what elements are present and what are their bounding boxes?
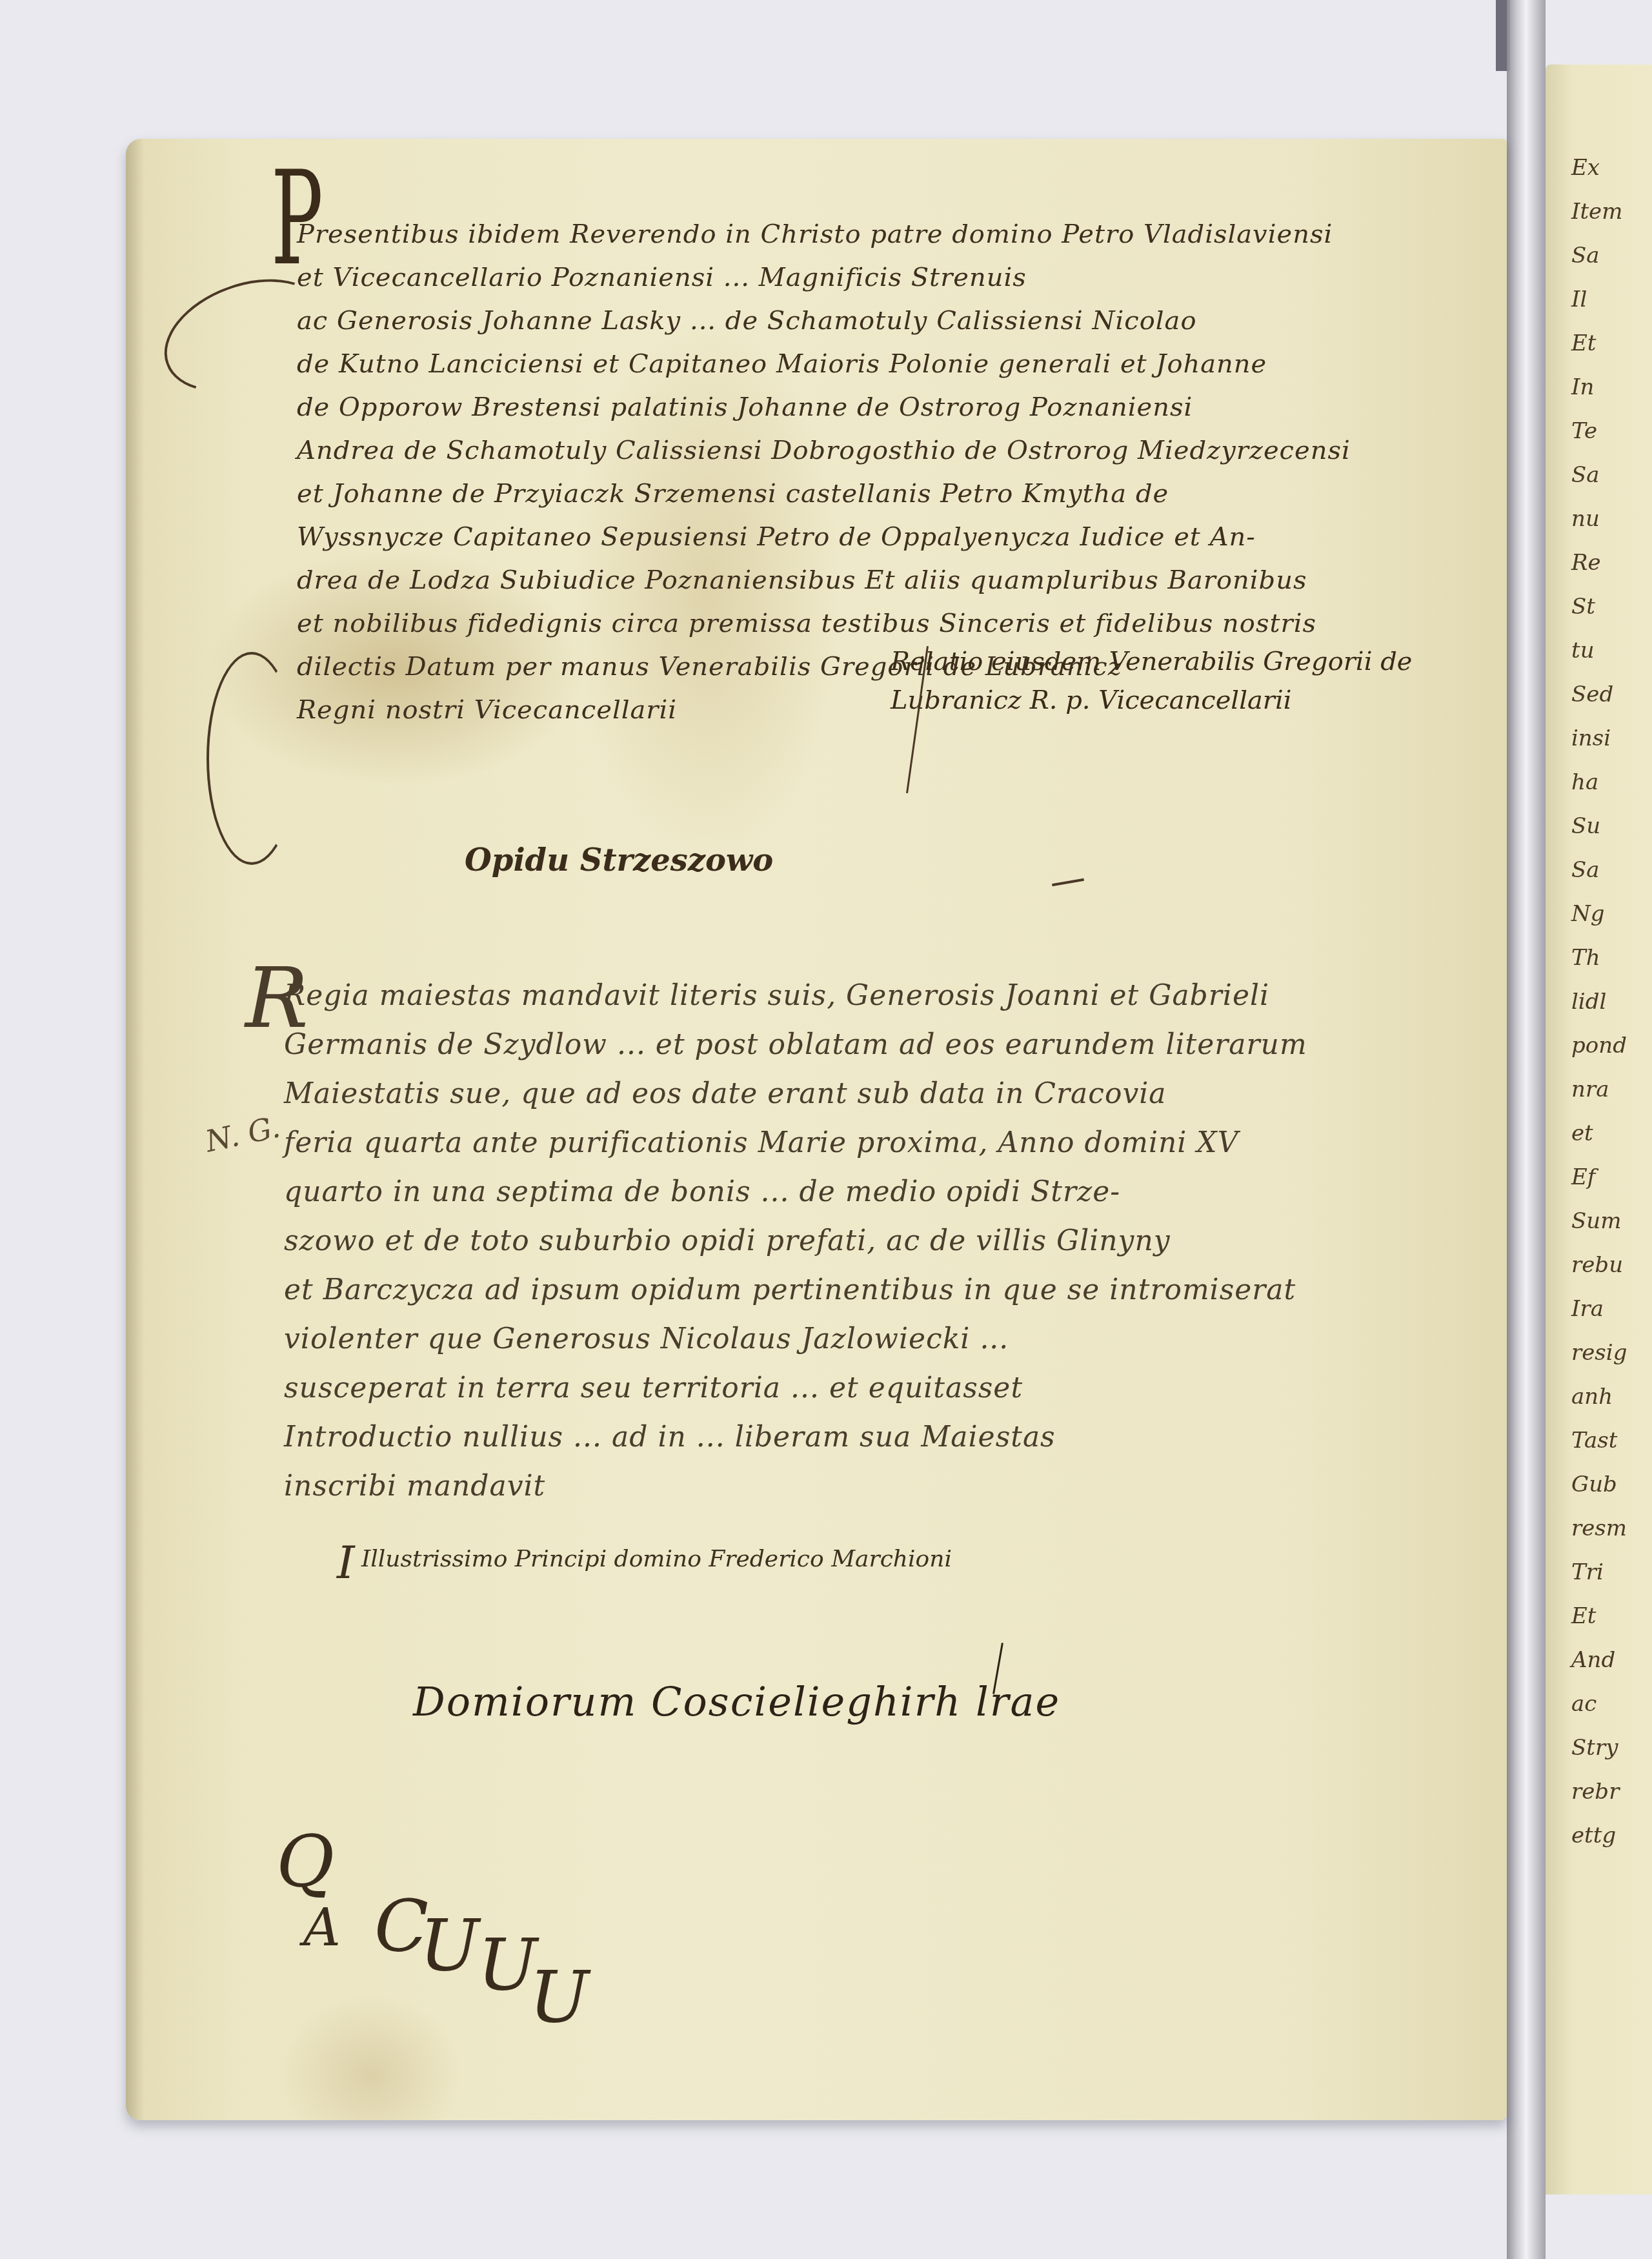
second-entry-line: szowo et de toto suburbio opidi prefati,… (284, 1217, 1307, 1266)
facing-folio-line-fragment: lidl (1571, 989, 1606, 1015)
address-initial: I (337, 1536, 355, 1589)
facing-folio-line-fragment: tu (1571, 638, 1595, 664)
facing-folio-line-fragment: Su (1571, 813, 1600, 839)
facing-folio-line-fragment: Item (1571, 199, 1622, 225)
second-entry-line: Germanis de Szydlow ... et post oblatam … (284, 1020, 1307, 1069)
second-entry-line: Regia maiestas mandavit literis suis, Ge… (284, 971, 1307, 1020)
chancery-subscription: Relatio eiusdem Venerabilis Gregorii de … (891, 642, 1412, 720)
facing-folio-line-fragment: Gub (1571, 1472, 1617, 1497)
main-entry-line: ac Generosis Johanne Lasky ... de Schamo… (297, 299, 1351, 343)
facing-folio-line-fragment: resig (1571, 1340, 1627, 1366)
pen-trial-letter: A (303, 1898, 341, 1958)
facing-folio-line-fragment: rebu (1571, 1252, 1623, 1278)
facing-folio-line-fragment: Re (1571, 550, 1601, 576)
facing-folio-line-fragment: Et (1571, 1603, 1596, 1629)
facing-folio-line-fragment: insi (1571, 725, 1611, 751)
facing-folio-line-fragment: nra (1571, 1077, 1609, 1102)
pen-trial-letter: U (478, 1923, 538, 2006)
facing-folio-line-fragment: Sed (1571, 682, 1613, 707)
address-line: Illustrissimo Principi domino Frederico … (361, 1546, 952, 1572)
facing-folio-line-fragment: Ef (1571, 1164, 1595, 1190)
facing-folio-line-fragment: Te (1571, 418, 1597, 444)
facing-folio-line-fragment: Th (1571, 945, 1600, 971)
later-annotation-title: Domiorum Coscielieghirh lrae (413, 1678, 1060, 1725)
facing-folio-line-fragment: ha (1571, 769, 1598, 795)
main-entry-line: Wyssnycze Capitaneo Sepusiensi Petro de … (297, 516, 1351, 559)
facing-folio-line-fragment: et (1571, 1120, 1593, 1146)
facing-folio-line-fragment: Ng (1571, 901, 1605, 927)
facing-folio-line-fragment: Tast (1571, 1428, 1617, 1454)
r-loop-flourish (206, 652, 297, 865)
second-entry-line: feria quarta ante purificationis Marie p… (284, 1119, 1307, 1168)
subscription-line: Relatio eiusdem Venerabilis Gregorii de (891, 642, 1412, 681)
facing-folio-line-fragment: Ex (1571, 155, 1600, 181)
facing-folio-line-fragment: anh (1571, 1384, 1613, 1410)
book-gutter (1507, 0, 1546, 2259)
main-entry-line: de Opporow Brestensi palatinis Johanne d… (297, 386, 1351, 429)
facing-folio-line-fragment: Sa (1571, 857, 1600, 883)
facing-folio-line-fragment: And (1571, 1647, 1615, 1673)
facing-folio-line-fragment: pond (1571, 1033, 1627, 1059)
facing-folio-line-fragment: ac (1571, 1691, 1597, 1717)
pen-trial-letter: U (419, 1904, 479, 1987)
facing-folio-line-fragment: Sa (1571, 462, 1600, 488)
pen-trial-letter: Q (276, 1820, 334, 1903)
facing-folio-line-fragment: Ira (1571, 1296, 1604, 1322)
second-entry-line: susceperat in terra seu territoria ... e… (284, 1364, 1307, 1413)
second-entry-line: et Barczycza ad ipsum opidum pertinentib… (284, 1266, 1307, 1315)
second-entry-line: Introductio nullius ... ad in ... libera… (284, 1413, 1307, 1462)
facing-folio-line-fragment: Stry (1571, 1735, 1618, 1761)
facing-folio-line-fragment: Tri (1571, 1559, 1604, 1585)
main-entry-line: et Vicecancellario Poznaniensi ... Magni… (297, 256, 1351, 299)
main-entry-line: et Johanne de Przyiaczk Srzemensi castel… (297, 472, 1351, 516)
second-entry-line: Maiestatis sue, que ad eos date erant su… (284, 1069, 1307, 1119)
facing-folio-line-fragment: resm (1571, 1515, 1627, 1541)
main-entry-line: de Kutno Lanciciensi et Capitaneo Maiori… (297, 343, 1351, 386)
second-entry-line: violenter que Generosus Nicolaus Jazlowi… (284, 1315, 1307, 1364)
main-entry-line: drea de Lodza Subiudice Poznaniensibus E… (297, 559, 1351, 602)
second-entry-line: quarto in una septima de bonis ... de me… (284, 1168, 1307, 1217)
facing-folio-line-fragment: In (1571, 374, 1594, 400)
facing-folio-line-fragment: Il (1571, 287, 1587, 312)
facing-folio-line-fragment: Sa (1571, 243, 1600, 268)
facing-folio: ExItemSaIlEtInTeSanuReSttuSedinsihaSuSaN… (1546, 65, 1652, 2194)
facing-folio-line-fragment: ettg (1571, 1823, 1616, 1849)
subscription-line: Lubranicz R. p. Vicecancellarii (891, 681, 1412, 720)
facing-folio-line-fragment: St (1571, 594, 1595, 620)
main-entry-line: Andrea de Schamotuly Calissiensi Dobrogo… (297, 429, 1351, 472)
main-entry-line: et nobilibus fidedignis circa premissa t… (297, 602, 1351, 645)
pen-trial-letter: U (529, 1956, 589, 2038)
second-entry-text: Regia maiestas mandavit literis suis, Ge… (284, 971, 1307, 1511)
facing-folio-line-fragment: rebr (1571, 1779, 1619, 1805)
facing-folio-line-fragment: Et (1571, 330, 1596, 356)
main-entry-line: Presentibus ibidem Reverendo in Christo … (297, 213, 1351, 256)
entry-heading: Opidu Strzeszowo (465, 842, 773, 878)
second-entry-line: inscribi mandavit (284, 1462, 1307, 1511)
facing-folio-line-fragment: Sum (1571, 1208, 1621, 1234)
facing-folio-line-fragment: nu (1571, 506, 1600, 532)
